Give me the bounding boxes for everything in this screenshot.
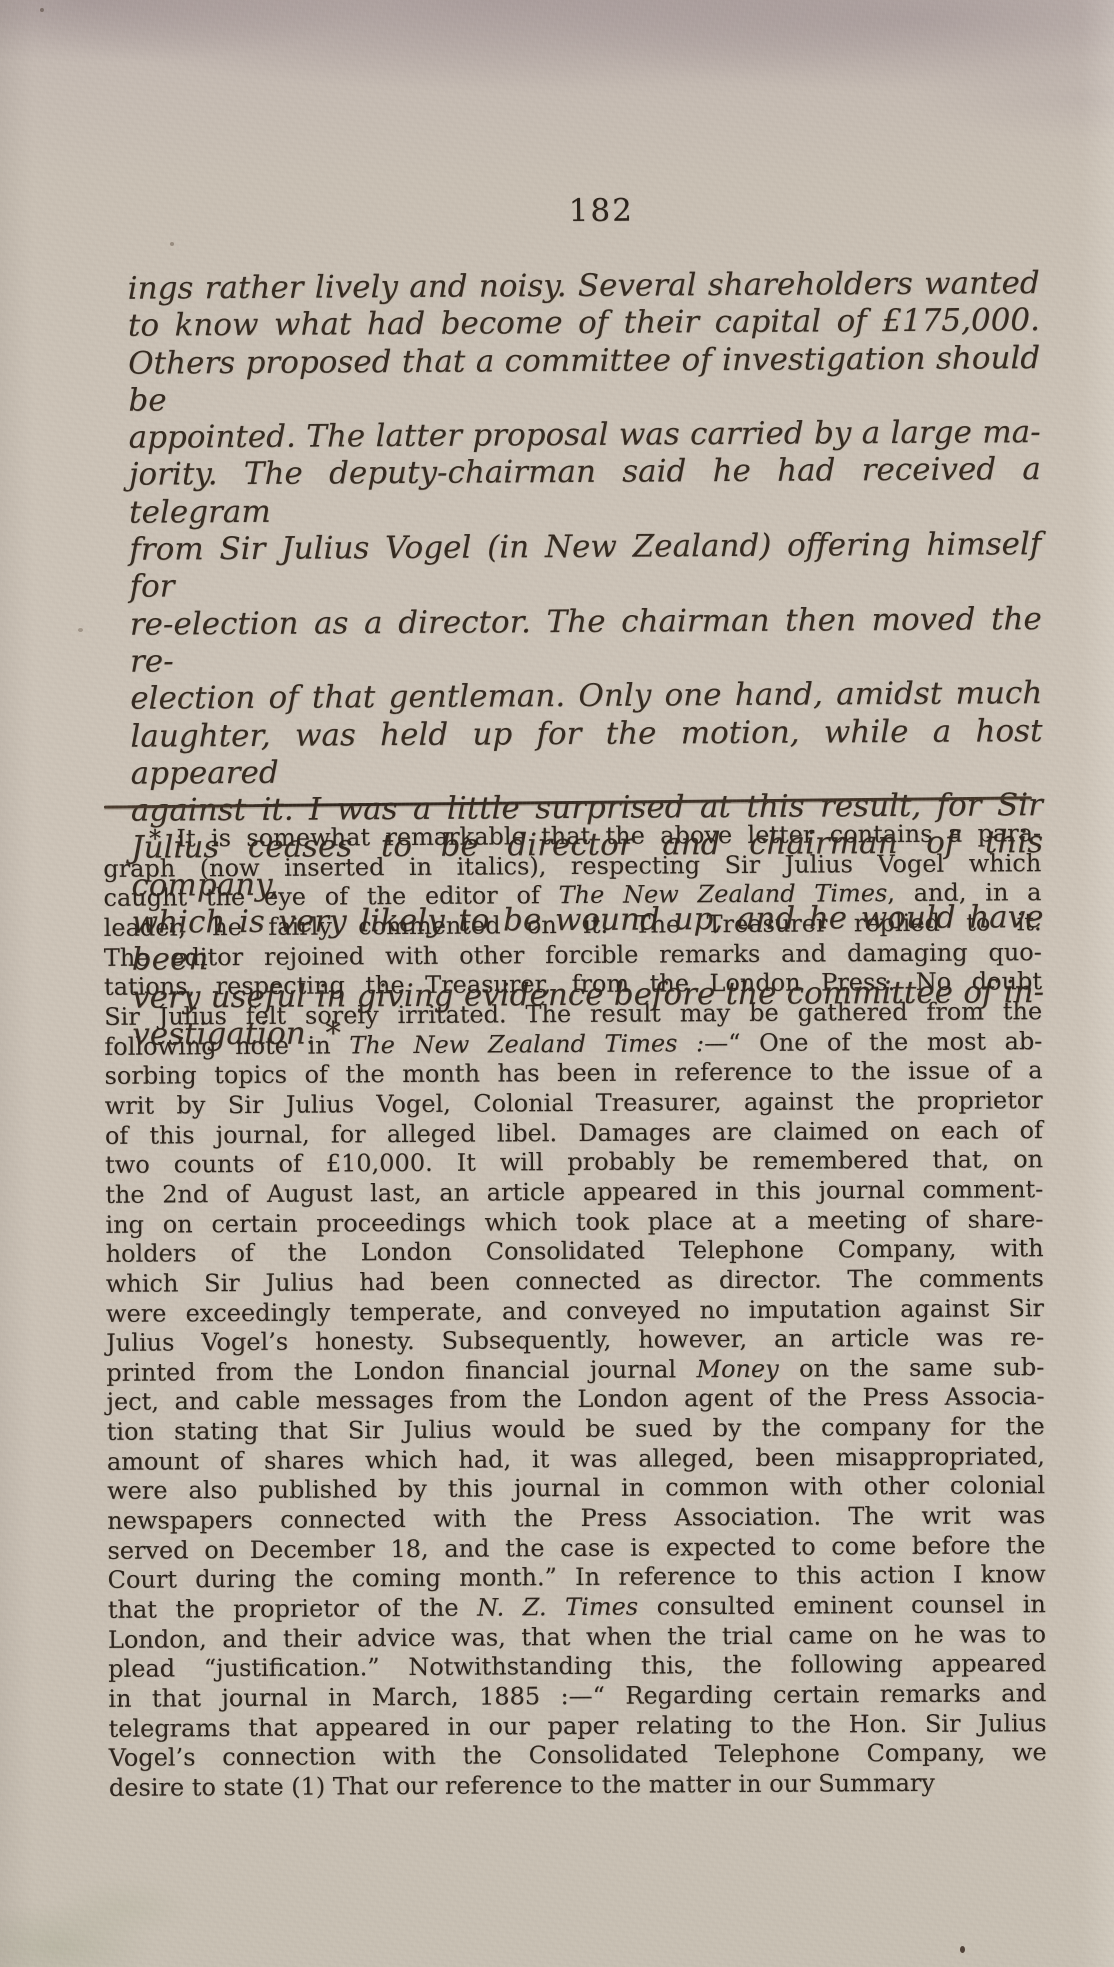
- text-line: desire to state (1) That our reference t…: [109, 1768, 1047, 1803]
- footnote-text: * It is somewhat remarkable that the abo…: [103, 819, 1047, 1803]
- page-content: 182 ings rather lively and noisy. Severa…: [98, 0, 1042, 1967]
- text-line: election of that gentleman. Only one han…: [130, 675, 1042, 718]
- text-line: ings rather lively and noisy. Several sh…: [128, 265, 1040, 308]
- text-line: jority. The deputy-chairman said he had …: [129, 452, 1041, 532]
- text-line: from Sir Julius Vogel (in New Zealand) o…: [129, 526, 1041, 606]
- text-line: to know what had become of their capital…: [128, 302, 1040, 345]
- paper-speck: [78, 628, 83, 632]
- scanned-book-page: 182 ings rather lively and noisy. Severa…: [0, 0, 1114, 1967]
- page-number: 182: [569, 196, 634, 227]
- text-line: laughter, was held up for the motion, wh…: [130, 713, 1042, 793]
- text-line: appointed. The latter proposal was carri…: [129, 414, 1041, 457]
- text-line: re-election as a director. The chairman …: [130, 601, 1042, 681]
- paper-speck: [40, 8, 44, 12]
- text-line: Others proposed that a committee of inve…: [128, 340, 1040, 420]
